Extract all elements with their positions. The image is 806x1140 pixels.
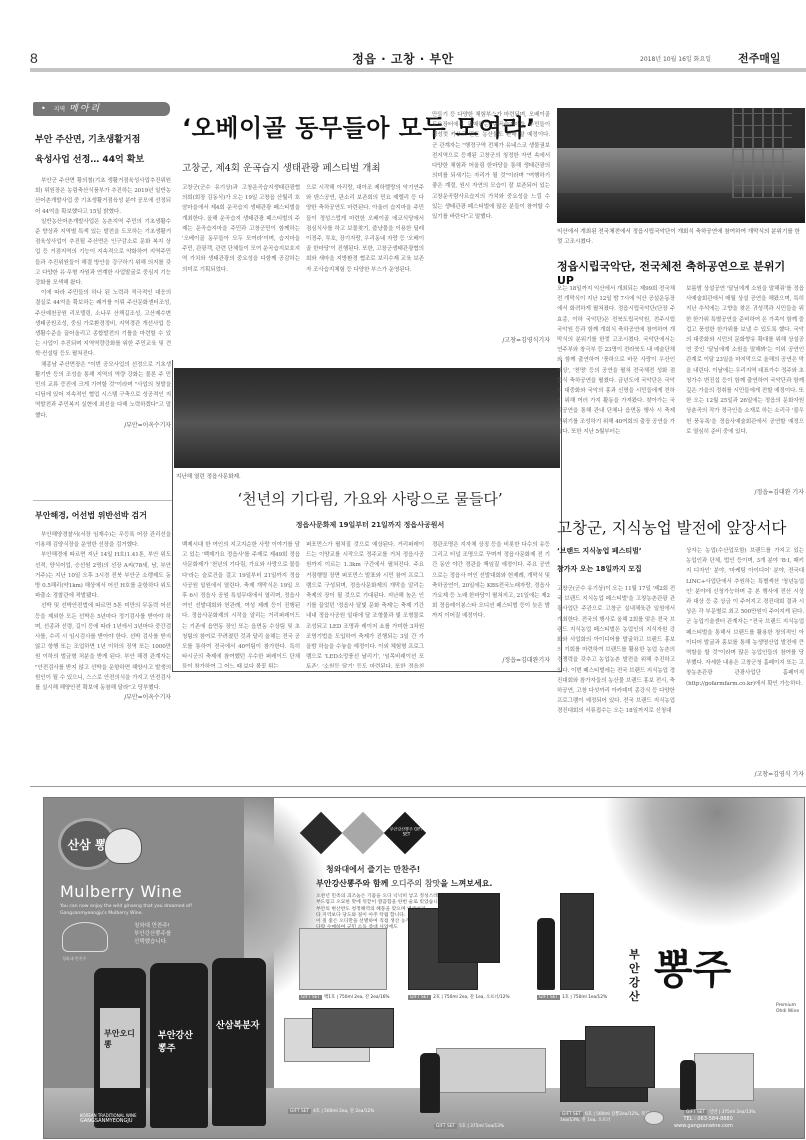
region-echo-badge: • 지역 메아리 xyxy=(33,102,170,116)
article-deck-line-2: 참가자 오는 18일까지 모집 xyxy=(557,564,675,574)
footer-brand: KOREAN TRADITIONAL WINE GANGSANMYEONGJU xyxy=(80,1113,137,1124)
mascot-icon xyxy=(104,828,142,864)
brand-tagline: You can now enjoy the wild ginseng that … xyxy=(60,904,260,917)
article-subheadline: 고창군, 제4회 운곡습지 생태관광 페스티벌 개최 xyxy=(182,160,422,174)
article-col-1: 고창군(군수 유기상)과 고창운곡습지생태관광협의회(회장 김동식)가 오는 1… xyxy=(182,183,300,275)
article-headline-jeongeupsa: ‘천년의 기다림, 가요와 사랑으로 물들다’ xyxy=(190,488,550,509)
gift-set-label: GIFT SET5호 | 375ml 5ea/13% xyxy=(434,1123,504,1129)
photo-caption: 익산에서 개최된 전국체전에서 정읍시립국악단이 개회식 축하공연에 참여하여 … xyxy=(557,227,805,247)
byline: /부안=이옥수기자 xyxy=(35,693,171,703)
article-headline-coastguard: 부안해경, 어선법 위반선박 검거 xyxy=(35,510,175,521)
article-col-1: 백제시대 한 여인의 지고지순한 사랑 이야기를 담고 있는 '백제가요 정읍사… xyxy=(182,540,300,668)
article-headline-gugakdan: 정읍시립국악단, 전국체전 축하공연으로 분위기 UP xyxy=(557,258,805,287)
section-title: 정읍 · 고창 · 부안 xyxy=(300,50,506,67)
website-link[interactable]: www.gangsanwine.com xyxy=(674,1123,733,1130)
calligraphy-brand-small: 부안강산 xyxy=(629,948,645,1004)
brand-seal-icon xyxy=(644,1111,664,1125)
article-headline-gochang-agri: 고창군, 지식농업 발전에 앞장서다 xyxy=(557,516,805,538)
issue-date: 2018년 10월 16일 화요일 xyxy=(640,54,711,63)
newspaper-name: 전주매일 xyxy=(738,50,781,66)
badge-prefix: 지역 xyxy=(54,106,66,113)
emblem-label: 청와대 만찬주 xyxy=(62,956,86,962)
national-sports-festival-photo xyxy=(557,108,805,223)
gift-set-box-lid xyxy=(438,893,500,963)
phone-number: TEL : 063-584-8880 xyxy=(674,1116,733,1123)
headline-line-1: 부안 주산면, 기초생활거점 xyxy=(35,130,175,150)
article-col-2: 퍼포먼스가 펼쳐질 것으로 예상된다. 거리퍼레이드는 이양교를 시작으로 정주… xyxy=(306,540,424,668)
article-col-3: 경관조명은 지자체 상징 등을 비롯한 다수의 유등 그리고 터널 조명으로 꾸… xyxy=(432,540,550,652)
bottle-sansam-bokbunja: 산삼복분자 xyxy=(212,958,266,1126)
bullet-icon: • xyxy=(41,104,46,113)
gift-set-box xyxy=(436,1048,546,1093)
mulberry-wine-advertisement: 산삼 뽕 Mulberry Wine You can now enjoy the… xyxy=(43,797,805,1139)
paragraph: 부안해경에 따르면 지난 14일 H호(1.41톤, 부안 위도선적, 양식어업… xyxy=(35,550,171,601)
article-col-2: 으로 시작해 아리랑, 대아조 제하렐랑의 악기연주와 댄스공연, 판소리 보존… xyxy=(306,183,424,275)
badge-title: 메아리 xyxy=(69,104,101,114)
gift-set-label: GIFT SET2호 | 750ml 2ea, 잔 1ea, 오프너/12% xyxy=(408,994,510,1000)
photo-caption: 지난해 열린 정읍사문화제. xyxy=(176,472,241,480)
article-col-1: 오는 18일까지 익산에서 개최되는 제99회 전국체전 개막식이 지난 12일… xyxy=(557,284,675,502)
calligraphy-brand-large: 뽕주 xyxy=(654,938,731,995)
article-col-3: 만들기 등 다양한 체험부스가 마련되며, 오베이골 토요장터에서 판매하는 운… xyxy=(432,110,550,350)
festival-photo xyxy=(174,368,560,468)
article-body-coastguard: 부안해양경찰서(서장 임재수)는 무등록 어장 관리선을 이용해 김양식장을 운… xyxy=(35,530,171,703)
gift-bag xyxy=(560,893,594,990)
gift-set-box xyxy=(694,1053,754,1101)
single-bottle xyxy=(537,918,555,990)
brand-name: Mulberry Wine xyxy=(60,882,182,901)
ad-title: 청와대에서 즐기는 만찬주! xyxy=(326,864,420,875)
byline: /부안=이옥수기자 xyxy=(35,421,171,431)
ad-slogan: 청와대 만찬주! 부안강산뽕주를 선택했습니다. xyxy=(134,922,254,946)
gift-set-label: GIFT SET4호 | 500ml 2ea, 잔 2ea/12% xyxy=(288,1108,374,1114)
article-body-jusan: 부안군 주산면 황의철(기초 생활거점육성사업추진위원회) 위원장은 농림축산식… xyxy=(35,176,171,431)
byline: /정읍=김대완기자 xyxy=(432,656,550,666)
gift-set-label: GIFT SET백1호 | 750ml 2ea, 잔 2ea/16% xyxy=(299,994,390,1000)
gift-set-box-lid xyxy=(585,1026,655,1088)
bottle-odi-ppong: 부안오디뽕 xyxy=(94,968,146,1128)
article-deck: 정읍사문화제 19일부터 21일까지 정읍사공원서 xyxy=(190,520,550,530)
gift-set-box xyxy=(299,928,387,990)
headline-line-2: 육성사업 선정… 44억 확보 xyxy=(35,150,175,170)
byline: /고창=김영식기자 xyxy=(432,336,550,346)
bottle-gangsan-ppongju: 부안강산 뽕주 xyxy=(150,963,208,1128)
gift-set-badge: 부안강산뽕주 GIFT SET xyxy=(384,812,426,854)
byline: /고창=김영식 기자 xyxy=(686,770,804,780)
single-bottle xyxy=(680,1060,696,1110)
paragraph: 선박 및 선박안전법에 따르면 5톤 미만의 무동력 어선 등을 제외한 모든 … xyxy=(35,601,171,693)
paragraph: 부안해양경찰서(서장 임재수)는 무등록 어장 관리선을 이용해 김양식장을 운… xyxy=(35,530,171,550)
article-col-1: 고창군(군수 유기상)이 오는 11월 17일 '제2회 전국 브랜드 지식농업… xyxy=(557,584,675,780)
gift-set-label: GIFT SET일반 | 375ml 2ea/13% xyxy=(684,1109,756,1115)
paragraph: 채종남 주산면장은 "이번 공모사업의 선정으로 기초생활기반 등의 조성을 통… xyxy=(35,360,171,421)
article-deck-line-1: ‘브랜드 지식농업 페스티벌’ xyxy=(557,546,675,556)
paragraph: 이에 따라 주민들의 하나 된 노력과 적극적인 대응의 결실로 44억을 확보… xyxy=(35,288,171,359)
article-col-2: 보름밤 상설공연 '달님에게 소원을 말해줘'를 정읍사예술회관에서 매월 상설… xyxy=(686,284,804,484)
article-headline-jusan: 부안 주산면, 기초생활거점 육성사업 선정… 44억 확보 xyxy=(35,130,175,170)
gift-set-label: GIFT SET1호 | 750ml 1ea/12% xyxy=(537,994,607,1000)
contact-info: TEL : 063-584-8880 www.gangsanwine.com xyxy=(674,1116,733,1130)
premium-label: Premium Ohdi Wine xyxy=(776,1003,799,1015)
divider xyxy=(33,500,173,501)
ad-divider xyxy=(30,786,806,787)
blue-house-emblem-icon xyxy=(62,922,108,952)
paragraph: 부안군 주산면 황의철(기초 생활거점육성사업추진위원회) 위원장은 농림축산식… xyxy=(35,176,171,217)
ink-ribbon xyxy=(584,798,805,948)
article-col-2: 상자는 농업(수산업포함) 브랜드를 가지고 있는 농업인과 단체, 법인 등이… xyxy=(686,546,804,768)
paragraph: 일반농산어촌개발사업은 농촌지역 주민의 기초생활수준 향상과 지역별 특색 있… xyxy=(35,217,171,288)
fruit-photo-icon xyxy=(342,812,384,854)
single-bottle xyxy=(420,1053,440,1113)
masthead-rule xyxy=(30,68,806,72)
ad-subtitle: 부안강산뽕주와 함께 오디주의 참맛을 느껴보세요. xyxy=(316,878,492,889)
byline: /정읍=김대완 기자 xyxy=(686,488,804,498)
gift-set-box-back xyxy=(312,1008,394,1048)
page-number: 8 xyxy=(30,50,38,66)
